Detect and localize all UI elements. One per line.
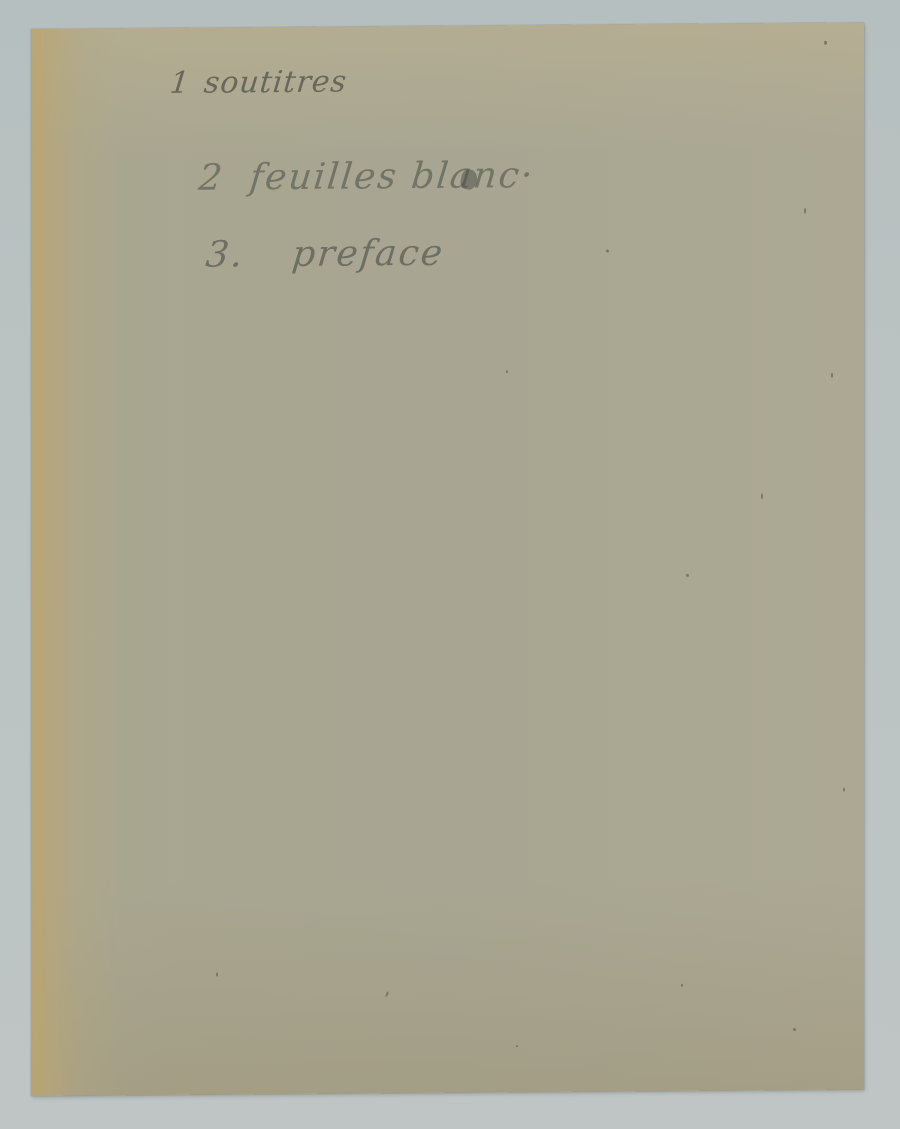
item-number: 3. (204, 234, 247, 275)
handwritten-line-3: 3.preface (204, 233, 446, 276)
handwritten-list: 1soutitres 2feuilles blanc· 3.preface (31, 22, 864, 1096)
item-text: feuilles blanc· (248, 155, 537, 198)
item-number: 1 (168, 66, 192, 101)
item-text: soutitres (202, 65, 349, 101)
paper-sheet: 1soutitres 2feuilles blanc· 3.preface (31, 22, 864, 1096)
item-number: 2 (197, 157, 226, 198)
handwritten-line-2: 2feuilles blanc· (197, 155, 537, 199)
handwritten-line-1: 1soutitres (168, 65, 349, 101)
item-text: preface (290, 233, 446, 275)
